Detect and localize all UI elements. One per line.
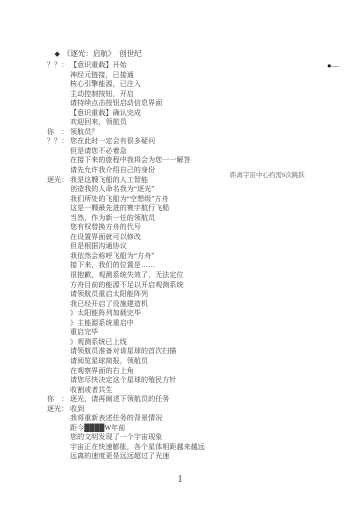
line-text: 您在此时一定会有很多疑问 [70, 137, 155, 147]
speaker-label [47, 99, 70, 109]
script-line: ？？：您在此时一定会有很多疑问 [47, 137, 327, 147]
speaker-label [47, 214, 70, 224]
speaker-label [47, 147, 70, 157]
script-line: 远离的速度更是远远超过了光速 [47, 452, 327, 462]
speaker-label [47, 90, 70, 100]
speaker-label [47, 185, 70, 195]
script-line: 逐光：我是这艘飞船的人工智能 [47, 176, 327, 186]
script-line: 方舟目前的能源不足以开启观测系统 [47, 281, 327, 291]
line-text: 欢迎回来，领航员 [70, 118, 127, 128]
script-line: 创造我的人命名我为“逐光” [47, 185, 327, 195]
line-text: 神经元链接，已接通 [70, 71, 134, 81]
speaker-label: 逐光： [47, 405, 70, 415]
comment-anchor-marker-icon: ●— [327, 61, 339, 71]
line-text: 我们所处的飞船为“空想级”方舟 [70, 195, 169, 205]
script-line: 你 ：领航员？ [47, 128, 327, 138]
speaker-label [47, 433, 70, 443]
speaker-label [47, 166, 70, 176]
script-line: 这是一艘最先进的寰宇航行飞船 [47, 204, 327, 214]
speaker-label [47, 309, 70, 319]
script-line: 请领航员重启太阳能阵列 [47, 290, 327, 300]
line-text: 请先允许我介绍自己的身份 [70, 166, 155, 176]
script-line: 欢迎回来，领航员 [47, 118, 327, 128]
line-text: 但是根据沟通协议 [70, 242, 127, 252]
speaker-label [47, 452, 70, 462]
script-line: 在接下来的旅程中我将会为您一一解答 [47, 156, 327, 166]
script-line: 您的文明发现了一个宇宙现象 [47, 433, 327, 443]
script-line: 逐光：收到 [47, 405, 327, 415]
line-text: 远离的速度更是远远超过了光速 [70, 452, 169, 462]
line-text: 请阅览星球简报，领航员 [70, 357, 148, 367]
line-text: 》观测系统已上线 [70, 338, 127, 348]
page-number: 1 [0, 474, 360, 485]
speaker-label [47, 319, 70, 329]
speaker-label [47, 414, 70, 424]
line-text: 请领航员重启太阳能阵列 [70, 290, 148, 300]
speaker-label [47, 357, 70, 367]
speaker-label [47, 223, 70, 233]
script-line: 重启完毕 [47, 328, 327, 338]
script-line: 距今████W年前 [47, 424, 327, 434]
script-line: 核心引擎能源，已注入 [47, 80, 327, 90]
speaker-label [47, 261, 70, 271]
line-text: 我是这艘飞船的人工智能 [70, 176, 148, 186]
line-text: 很抱歉，观测系统失效了，无法定位 [70, 271, 184, 281]
speaker-label: 你 ： [47, 128, 70, 138]
script-line: 神经元链接，已接通 [47, 71, 327, 81]
script-line: 收割或者共生 [47, 386, 327, 396]
script-line: 我们所处的飞船为“空想级”方舟 [47, 195, 327, 205]
script-line: 请您尽快决定这个星球的殖民方针 [47, 376, 327, 386]
speaker-label [47, 242, 70, 252]
line-text: 在接下来的旅程中我将会为您一一解答 [70, 156, 191, 166]
script-line: 请持续点击按钮启动信息界面 [47, 99, 327, 109]
line-text: 收割或者共生 [70, 386, 113, 396]
document-page: ◆《逐光：启航》 创世纪 ●— 距离宇宙中心约需9次跳跃 ？？：【意识重载】开始… [0, 0, 360, 509]
speaker-label [47, 118, 70, 128]
line-text: 您的文明发现了一个宇宙现象 [70, 433, 162, 443]
line-text: 在观察界面的右上角 [70, 367, 134, 377]
speaker-label: 你 ： [47, 395, 70, 405]
speaker-label [47, 367, 70, 377]
speaker-label: ？？： [47, 61, 70, 71]
script-line: 但是根据沟通协议 [47, 242, 327, 252]
line-text: 您有权替换方舟的代号 [70, 223, 141, 233]
speaker-label [47, 376, 70, 386]
line-text: 请持续点击按钮启动信息界面 [70, 99, 162, 109]
script-line: 很抱歉，观测系统失效了，无法定位 [47, 271, 327, 281]
line-text: 请领航员准备对该星球的首次扫描 [70, 347, 177, 357]
script-line: 宇宙正在快速膨胀，各个星体相距越来越远 [47, 443, 327, 453]
script-line: 在观察界面的右上角 [47, 367, 327, 377]
line-text: 距今████W年前 [70, 424, 125, 434]
speaker-label [47, 80, 70, 90]
line-text: 主动控制按钮，开启 [70, 90, 134, 100]
line-text: 收到 [70, 405, 84, 415]
line-text: 【意识重载】确认完成 [70, 109, 141, 119]
speaker-label [47, 271, 70, 281]
speaker-label [47, 109, 70, 119]
script-line: 【意识重载】确认完成 [47, 109, 327, 119]
diamond-bullet-icon: ◆ [55, 49, 60, 59]
line-text: 》太阳能阵列加载完毕 [70, 309, 141, 319]
line-text: 核心引擎能源，已注入 [70, 80, 141, 90]
speaker-label [47, 195, 70, 205]
line-text: 领航员？ [70, 128, 98, 138]
speaker-label [47, 328, 70, 338]
line-text: 创造我的人命名我为“逐光” [70, 185, 155, 195]
speaker-label [47, 424, 70, 434]
speaker-label [47, 300, 70, 310]
script-line: 请先允许我介绍自己的身份 [47, 166, 327, 176]
script-line: 你 ：逐光，请再阐述下领航员的任务 [47, 395, 327, 405]
script-line: 我将重新表述任务的背景情况 [47, 414, 327, 424]
speaker-label [47, 71, 70, 81]
speaker-label [47, 347, 70, 357]
line-text: 当然，作为新一任的领航员 [70, 214, 155, 224]
title-text: 《逐光：启航》 创世纪 [63, 49, 142, 58]
speaker-label [47, 386, 70, 396]
script-body: ？？：【意识重载】开始神经元链接，已接通核心引擎能源，已注入主动控制按钮，开启请… [47, 61, 327, 462]
line-text: 我将重新表述任务的背景情况 [70, 414, 162, 424]
line-text: 宇宙正在快速膨胀，各个星体相距越来越远 [70, 443, 205, 453]
speaker-label [47, 290, 70, 300]
script-line: 请阅览星球简报，领航员 [47, 357, 327, 367]
speaker-label [47, 156, 70, 166]
script-line: 当然，作为新一任的领航员 [47, 214, 327, 224]
script-line: 请领航员准备对该星球的首次扫描 [47, 347, 327, 357]
script-line: 我已经开启了设施建造机 [47, 300, 327, 310]
line-text: 请您尽快决定这个星球的殖民方针 [70, 376, 177, 386]
speaker-label [47, 443, 70, 453]
speaker-label [47, 204, 70, 214]
script-line: 主动控制按钮，开启 [47, 90, 327, 100]
script-line: 》观测系统已上线 [47, 338, 327, 348]
speaker-label [47, 338, 70, 348]
script-line: 您有权替换方舟的代号 [47, 223, 327, 233]
line-text: 【意识重载】开始 [70, 61, 127, 71]
line-text: 方舟目前的能源不足以开启观测系统 [70, 281, 184, 291]
line-text: 我已经开启了设施建造机 [70, 300, 148, 310]
speaker-label [47, 281, 70, 291]
script-line: 接下来，我们的位置是…… [47, 261, 327, 271]
speaker-label: 逐光： [47, 176, 70, 186]
script-line: ？？：【意识重载】开始 [47, 61, 327, 71]
script-line: 在设置界面就可以修改 [47, 233, 327, 243]
speaker-label [47, 233, 70, 243]
line-text: 这是一艘最先进的寰宇航行飞船 [70, 204, 169, 214]
line-text: 接下来，我们的位置是…… [70, 261, 155, 271]
script-line: 》主能源系统重启中 [47, 319, 327, 329]
script-line: 》太阳能阵列加载完毕 [47, 309, 327, 319]
line-text: 逐光，请再阐述下领航员的任务 [70, 395, 169, 405]
line-text: 在设置界面就可以修改 [70, 233, 141, 243]
speaker-label [47, 252, 70, 262]
line-text: 重启完毕 [70, 328, 98, 338]
speaker-label: ？？： [47, 137, 70, 147]
line-text: 》主能源系统重启中 [70, 319, 134, 329]
